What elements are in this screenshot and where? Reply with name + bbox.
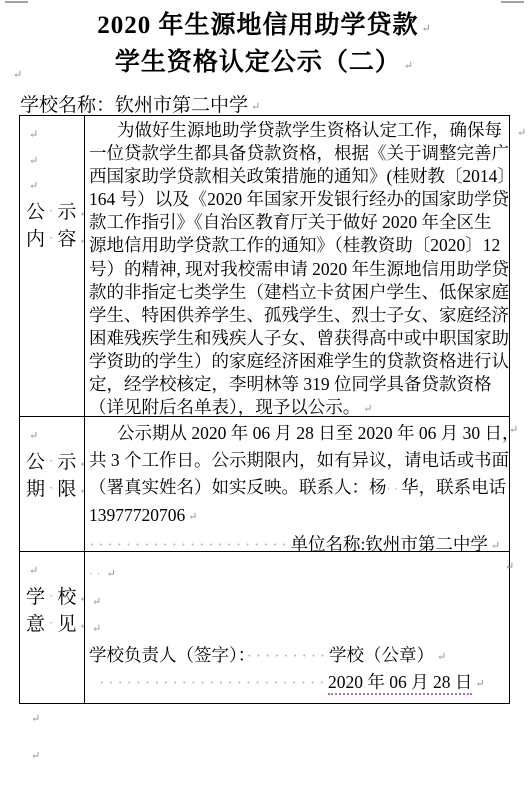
pilcrow-icon: ↵ (29, 129, 38, 141)
pilcrow-icon: ↵ (491, 540, 500, 552)
space-mark-icon: · (49, 615, 53, 630)
space-mark-icon: ·· (387, 481, 402, 496)
text-line: 西国家助学贷款相关政策措施的通知》(桂财教〔2014〕 (89, 165, 509, 188)
public-content-cell: 为做好生源地助学贷款学生资格认定工作，确保每 一位贷款学生都具备贷款资格，根据《… (85, 116, 509, 417)
empty-line: ↵ (26, 423, 84, 449)
pilcrow-icon: ↵ (31, 749, 40, 762)
document-title: 2020 年生源地信用助学贷款↵ 学生资格认定公示（二）↵ (0, 9, 528, 83)
leader-dots: ······················ (89, 535, 291, 552)
pilcrow-icon: ↵ (475, 678, 484, 690)
row-end-mark-icon: ↵ (505, 560, 514, 573)
label-line: 意·见↵ (26, 611, 84, 639)
text-line: 为做好生源地助学贷款学生资格认定工作，确保每 (89, 119, 509, 142)
empty-line: ↵ (26, 173, 84, 199)
signature-label: 学校负责人（签字）： (89, 645, 247, 665)
school-opinion-cell: ··↵ ↵ ↵ 学校负责人（签字）：·········学校（公章）↵ ·····… (85, 552, 509, 703)
pilcrow-icon: ↵ (437, 651, 446, 663)
empty-line: ↵ (89, 615, 509, 643)
row-label-school-opinion: ↵ 学·校↵ 意·见↵ (20, 552, 85, 703)
text-line: 一位贷款学生都具备贷款资格，根据《关于调整完善广 (89, 142, 509, 165)
row-end-mark-icon: ↵ (509, 423, 518, 436)
label-line: 内·容↵ (26, 226, 84, 254)
text-line: 164 号）以及《2020 年国家开发银行经办的国家助学贷 (89, 188, 509, 211)
empty-line: ··↵ (89, 560, 509, 588)
label-line: 公·示↵ (26, 199, 84, 227)
signature-line: 学校负责人（签字）：·········学校（公章）↵ (89, 643, 509, 671)
empty-line: ↵ (89, 588, 509, 616)
pilcrow-icon: ↵ (13, 68, 22, 81)
pilcrow-icon: ↵ (31, 712, 40, 725)
empty-line: ↵ (26, 122, 84, 148)
date-line: ·························2020 年 06 月 28 … (99, 670, 509, 698)
document-page: 2020 年生源地信用助学贷款↵ 学生资格认定公示（二）↵ ↵ 学校名称：钦州市… (0, 0, 528, 794)
label-line: 期·限↵ (26, 476, 84, 504)
page-margin-crop-mark-right (501, 1, 524, 3)
space-mark-icon: · (49, 230, 53, 245)
pilcrow-icon: ↵ (251, 101, 260, 113)
leader-dots: ········· (247, 646, 329, 665)
unit-name: 单位名称:钦州市第二中学 (291, 534, 488, 552)
school-name-line: 学校名称：钦州市第二中学↵ (20, 90, 260, 117)
space-mark-icon: · (49, 480, 53, 495)
text-line: 公示期从 2020 年 06 月 28 日至 2020 年 06 月 30 日， (89, 420, 509, 447)
text-line: 款的非指定七类学生（建档立卡贫困户学生、低保家庭 (89, 281, 509, 304)
text-line: （详见附后名单表），现予以公示。↵ (89, 396, 509, 417)
pilcrow-icon: ↵ (363, 403, 372, 415)
unit-name-line: ······················单位名称:钦州市第二中学↵ (89, 531, 509, 552)
seal-label: 学校（公章） (329, 645, 434, 665)
empty-line: ↵ (26, 558, 84, 584)
row-label-public-period: ↵ 公·示↵ 期·限↵ (20, 417, 85, 552)
text-line: 源地信用助学贷款工作的通知》（桂教资助〔2020〕12 (89, 234, 509, 257)
space-mark-icon: · (49, 588, 53, 603)
text-line: 学生、特困供养学生、孤残学生、烈士子女、家庭经济 (89, 304, 509, 327)
text-line: 款工作指引》《自治区教育厅关于做好 2020 年全区生 (89, 211, 509, 234)
pilcrow-icon: ↵ (92, 596, 101, 608)
document-title-line1: 2020 年生源地信用助学贷款↵ (0, 9, 528, 46)
pilcrow-icon: ↵ (422, 23, 431, 35)
text-line: 学资助的学生）的家庭经济困难学生的贷款资格进行认 (89, 350, 509, 373)
row-end-mark-icon: ↵ (517, 126, 526, 139)
empty-line: ↵ (26, 148, 84, 174)
space-mark-icon: · (49, 453, 53, 468)
pilcrow-icon: ↵ (29, 565, 38, 577)
school-name-value: 钦州市第二中学 (115, 95, 248, 116)
document-title-line2: 学生资格认定公示（二）↵ (0, 46, 528, 83)
public-period-cell: 公示期从 2020 年 06 月 28 日至 2020 年 06 月 30 日，… (85, 417, 509, 552)
text-line: 共 3 个工作日。公示期限内，如有异议，请电话或书面 (89, 447, 509, 474)
contact-line: （署真实姓名）如实反映。联系人：杨··华，联系电话： (89, 474, 509, 502)
phone-line: 13977720706↵ (89, 502, 509, 531)
label-line: 公·示↵ (26, 449, 84, 477)
pilcrow-icon: ↵ (404, 60, 413, 72)
announcement-table: ↵ ↵ ↵ 公·示↵ 内·容↵ 为做好生源地助学贷款学生资格认定工作，确保每 一… (19, 115, 510, 704)
leader-dots: ························· (99, 673, 328, 692)
text-line: 号）的精神, 现对我校需申请 2020 年生源地信用助学贷 (89, 258, 509, 281)
pilcrow-icon: ↵ (29, 430, 38, 442)
space-mark-icon: · (49, 203, 53, 218)
school-name-label: 学校名称： (20, 95, 115, 116)
pilcrow-icon: ↵ (29, 180, 38, 192)
page-margin-crop-mark-left (5, 1, 28, 3)
text-line: 困难残疾学生和残疾人子女、曾获得高中或中职国家助 (89, 327, 509, 350)
label-line: 学·校↵ (26, 584, 84, 612)
pilcrow-icon: ↵ (188, 511, 197, 523)
space-mark-icon: ·· (89, 566, 104, 581)
row-label-public-content: ↵ ↵ ↵ 公·示↵ 内·容↵ (20, 116, 85, 417)
pilcrow-icon: ↵ (92, 623, 101, 635)
pilcrow-icon: ↵ (29, 155, 38, 167)
pilcrow-icon: ↵ (107, 568, 116, 580)
text-line: 定，经学校核定，李明林等 319 位同学具备贷款资格 (89, 373, 509, 396)
announcement-date: 2020 年 06 月 28 日 (328, 672, 472, 695)
